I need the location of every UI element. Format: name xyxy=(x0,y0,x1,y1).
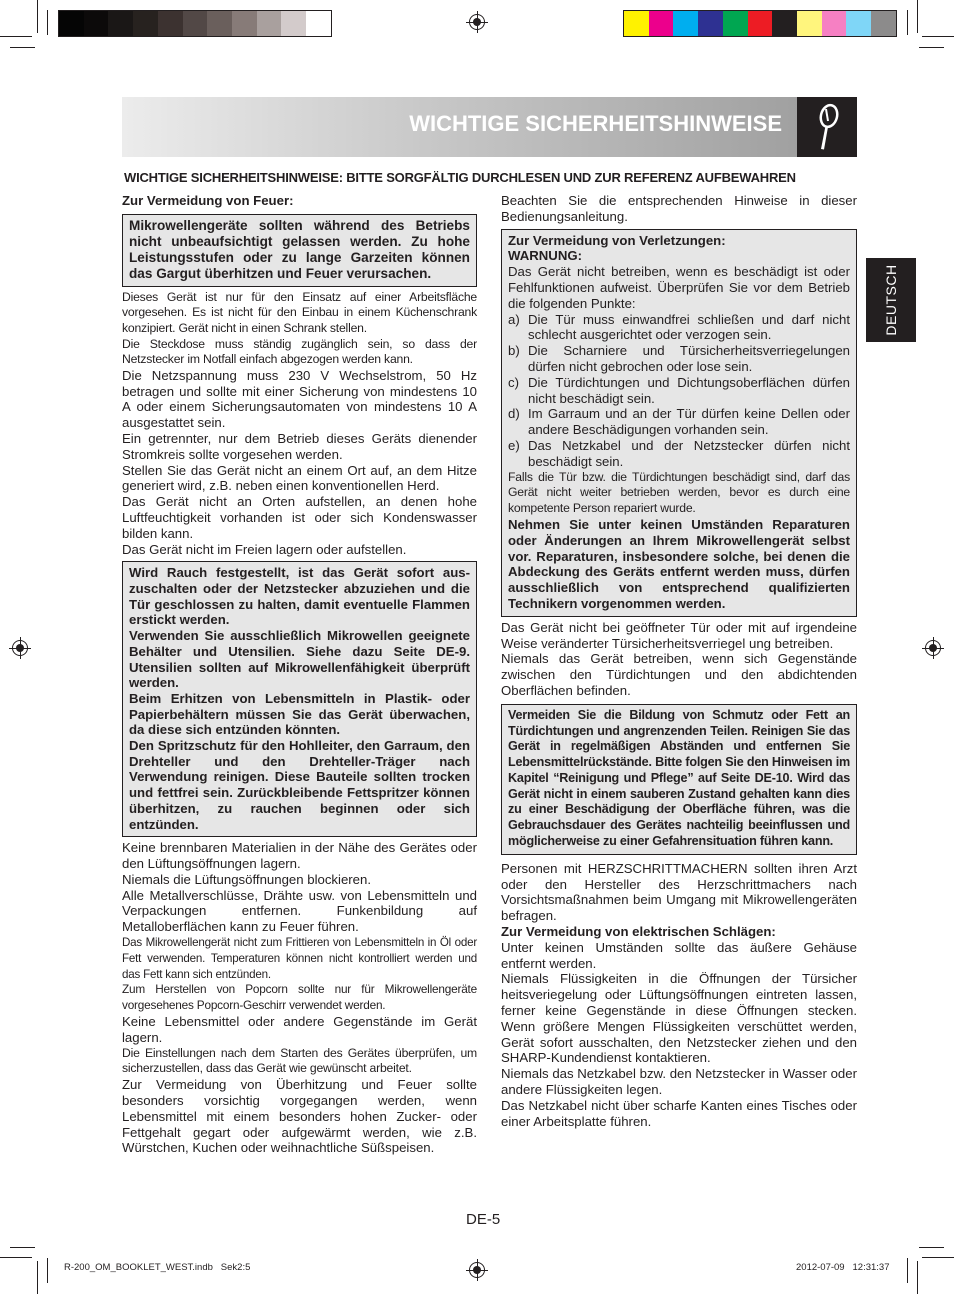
paragraph: Das Mikrowellengerät nicht zum Frittiere… xyxy=(122,935,477,982)
paragraph: Die Einstellungen nach dem Starten des G… xyxy=(122,1046,477,1078)
calibration-swatch xyxy=(232,11,257,36)
file-slug: R-200_OM_BOOKLET_WEST.indb Sek2:5 xyxy=(64,1262,250,1273)
page-title: WICHTIGE SICHERHEITSHINWEISE xyxy=(409,111,782,137)
paragraph: Ein getrennter, nur dem Betrieb dieses G… xyxy=(122,431,477,463)
paragraph: Personen mit HERZSCHRITTMACHERN sollten … xyxy=(501,861,857,924)
calibration-swatch xyxy=(133,11,158,36)
right-column: Beachten Sie die entsprechenden Hinweise… xyxy=(501,193,857,1129)
calibration-swatch xyxy=(822,11,847,36)
calibration-swatch xyxy=(871,11,896,36)
warning-box-injury: Zur Vermeidung von Verletzungen: WARNUNG… xyxy=(501,229,857,617)
paragraph: Die Netzspannung muss 230 V Wechselstrom… xyxy=(122,368,477,431)
section-subtitle: WICHTIGE SICHERHEITSHINWEISE: BITTE SORG… xyxy=(124,170,854,185)
calibration-swatch xyxy=(797,11,822,36)
calibration-swatch xyxy=(306,11,331,36)
registration-mark-icon xyxy=(12,640,28,656)
calibration-swatch xyxy=(183,11,208,36)
left-column: Zur Vermeidung von Feuer: Mikrowellenger… xyxy=(122,193,477,1156)
checklist-item: d)Im Garraum und an der Tür dürfen keine… xyxy=(508,406,850,438)
magnifier-icon xyxy=(797,97,857,157)
print-timestamp: 2012-07-09 12:31:37 xyxy=(796,1262,890,1273)
checklist-item: e)Das Netzkabel und der Netzstecker dürf… xyxy=(508,438,850,470)
paragraph: Keine Lebensmittel oder andere Gegenstän… xyxy=(122,1014,477,1046)
registration-mark-icon xyxy=(469,1262,485,1278)
paragraph: Niemals Flüssigkeiten in die Öffnungen d… xyxy=(501,971,857,1066)
warning-box-cleaning: Vermeiden Sie die Bildung von Schmutz od… xyxy=(501,704,857,855)
calibration-swatch xyxy=(207,11,232,36)
paragraph: Stellen Sie das Gerät nicht an einem Ort… xyxy=(122,463,477,495)
paragraph: Das Netzkabel nicht über scharfe Kanten … xyxy=(501,1098,857,1130)
warning-label: WARNUNG: xyxy=(508,248,850,264)
paragraph: Das Gerät nicht im Freien lagern oder au… xyxy=(122,542,477,558)
paragraph: Das Gerät nicht an Orten aufstellen, an … xyxy=(122,494,477,541)
paragraph: Niemals das Gerät betreiben, wenn sich G… xyxy=(501,651,857,698)
calibration-swatch xyxy=(84,11,109,36)
calibration-swatch xyxy=(158,11,183,36)
calibration-swatch xyxy=(723,11,748,36)
paragraph: Unter keinen Umständen sollte das äußere… xyxy=(501,940,857,972)
color-calibration-bar xyxy=(623,10,897,37)
heading-injury: Zur Vermeidung von Verletzungen: xyxy=(508,233,850,249)
heading-shock: Zur Vermeidung von elektrischen Schlägen… xyxy=(501,924,857,940)
registration-mark-icon xyxy=(469,14,485,30)
paragraph: Das Gerät nicht bei geöffneter Tür oder … xyxy=(501,620,857,652)
grayscale-calibration-bar xyxy=(58,10,332,37)
paragraph: Dieses Gerät ist nur für den Einsatz auf… xyxy=(122,290,477,337)
checklist-item: a)Die Tür muss einwandfrei schließen und… xyxy=(508,312,850,344)
calibration-swatch xyxy=(748,11,773,36)
calibration-swatch xyxy=(698,11,723,36)
calibration-swatch xyxy=(108,11,133,36)
warning-box-smoke: Wird Rauch festgestellt, ist das Gerät s… xyxy=(122,561,477,837)
paragraph: Zur Vermeidung von Überhitzung und Feuer… xyxy=(122,1077,477,1156)
paragraph: Alle Metallverschlüsse, Drähte usw. von … xyxy=(122,888,477,935)
paragraph: Niemals die Lüftungsöffnungen blockieren… xyxy=(122,872,477,888)
paragraph: Zum Herstellen von Popcorn sollte nur fü… xyxy=(122,982,477,1014)
registration-mark-icon xyxy=(925,640,941,656)
calibration-swatch xyxy=(772,11,797,36)
paragraph: Keine brennbaren Materialien in der Nähe… xyxy=(122,840,477,872)
fire-notes-a: Dieses Gerät ist nur für den Einsatz auf… xyxy=(122,290,477,368)
calibration-swatch xyxy=(257,11,282,36)
calibration-swatch xyxy=(281,11,306,36)
calibration-swatch xyxy=(649,11,674,36)
checklist-item: b)Die Scharniere und Türsicherheitsverri… xyxy=(508,343,850,375)
calibration-swatch xyxy=(59,11,84,36)
section-banner: WICHTIGE SICHERHEITSHINWEISE xyxy=(122,97,857,157)
page-number: DE-5 xyxy=(466,1211,500,1228)
heading-fire: Zur Vermeidung von Feuer: xyxy=(122,193,477,209)
paragraph: Niemals das Netzkabel bzw. den Netzsteck… xyxy=(501,1066,857,1098)
language-tab-label: DEUTSCH xyxy=(883,264,899,335)
paragraph: Die Steckdose muss ständig zugänglich se… xyxy=(122,337,477,368)
checklist-item: c)Die Türdichtungen und Dichtungsoberflä… xyxy=(508,375,850,407)
language-tab: DEUTSCH xyxy=(866,258,916,342)
paragraph: Beachten Sie die entsprechenden Hinweise… xyxy=(501,193,857,225)
warning-box-unattended: Mikrowellengeräte sollten während des Be… xyxy=(122,214,477,287)
calibration-swatch xyxy=(846,11,871,36)
calibration-swatch xyxy=(624,11,649,36)
calibration-swatch xyxy=(673,11,698,36)
